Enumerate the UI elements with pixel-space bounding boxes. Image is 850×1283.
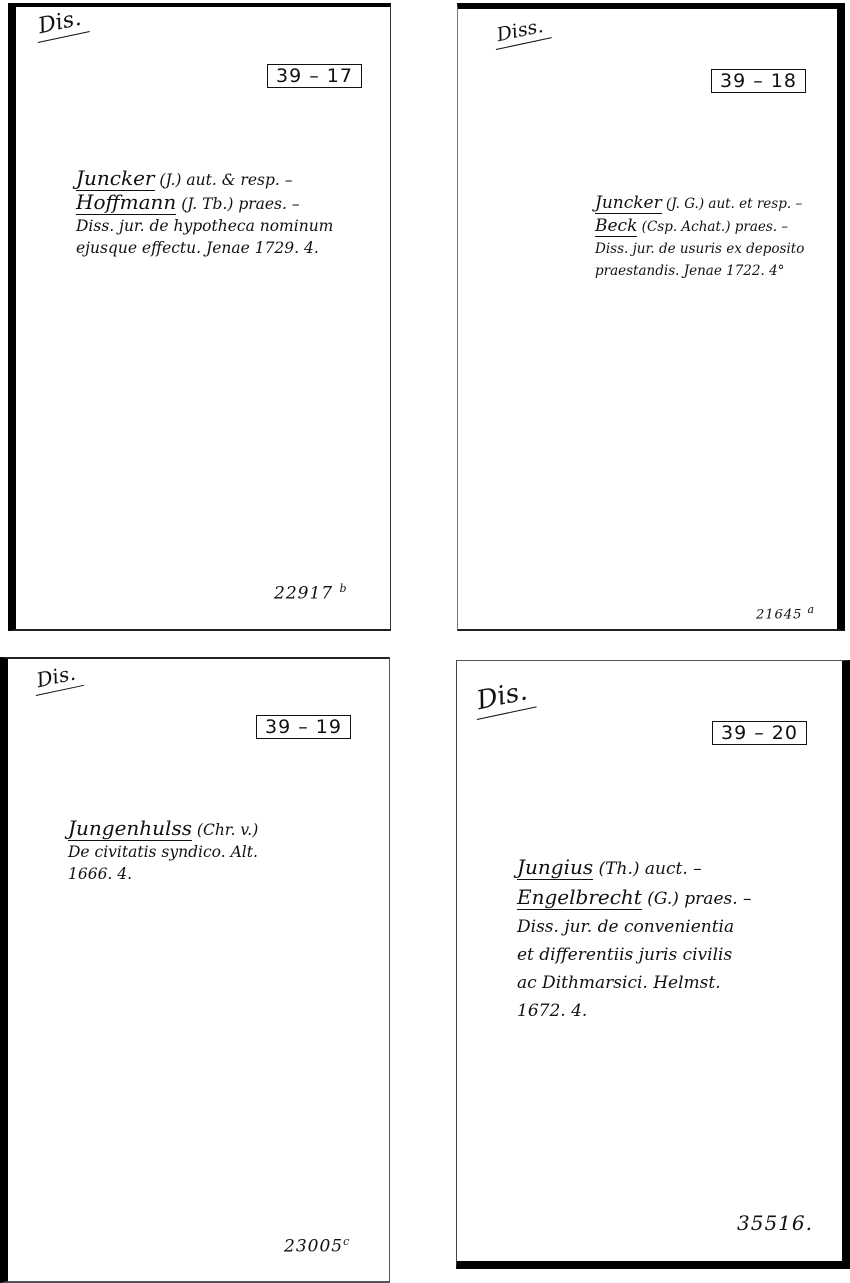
accession-suffix: c (343, 1235, 350, 1248)
bibliographic-entry: Juncker (J. G.) aut. et resp. – Beck (Cs… (595, 192, 804, 282)
author-role: (J. G.) aut. et resp. – (662, 196, 802, 212)
praeses-name: Beck (595, 216, 637, 237)
accession-value: 35516. (737, 1211, 813, 1235)
author-name: Jungius (517, 855, 593, 880)
bibliographic-entry: Juncker (J.) aut. & resp. – Hoffmann (J.… (76, 167, 333, 259)
catalog-card-39-18: Diss. 39 – 18 Juncker (J. G.) aut. et re… (457, 3, 845, 631)
imprint-line: 1666. 4. (68, 863, 258, 885)
author-name: Juncker (595, 193, 662, 214)
title-line: et differentiis juris civilis (517, 941, 752, 969)
author-name: Juncker (76, 166, 155, 191)
praeses-role: (G.) praes. – (642, 889, 752, 909)
accession-number: 35516. (737, 1211, 813, 1235)
imprint-line: ejusque effectu. Jenae 1729. 4. (76, 237, 333, 259)
title-line: Diss. jur. de convenientia (517, 913, 752, 941)
praeses-role: (Csp. Achat.) praes. – (637, 219, 788, 235)
author-role: (Th.) auct. – (593, 859, 702, 879)
catalog-card-39-19: Dis. 39 – 19 Jungenhulss (Chr. v.) De ci… (0, 657, 390, 1283)
call-number: 39 – 17 (267, 64, 362, 88)
call-number: 39 – 20 (712, 721, 807, 745)
imprint-line: 1672. 4. (517, 997, 752, 1025)
author-role: (J.) aut. & resp. – (155, 171, 293, 189)
accession-number: 23005c (284, 1235, 350, 1257)
praeses-role: (J. Tb.) praes. – (176, 195, 299, 213)
title-line: Diss. jur. de usuris ex deposito (595, 238, 804, 260)
accession-number: 22917 b (274, 582, 348, 604)
title-line: De civitatis syndico. Alt. (68, 841, 258, 863)
title-line: Diss. jur. de hypotheca nominum (76, 215, 333, 237)
accession-value: 21645 (756, 607, 802, 622)
format-abbreviation: Dis. (32, 5, 90, 43)
format-abbreviation: Dis. (30, 659, 84, 696)
author-role: (Chr. v.) (192, 821, 258, 839)
bibliographic-entry: Jungenhulss (Chr. v.) De civitatis syndi… (68, 817, 258, 885)
call-number: 39 – 19 (256, 715, 351, 739)
accession-value: 22917 (274, 584, 333, 604)
catalog-card-39-17: Dis. 39 – 17 Juncker (J.) aut. & resp. –… (8, 3, 391, 631)
praeses-name: Hoffmann (76, 190, 176, 215)
catalog-card-39-20: Dis. 39 – 20 Jungius (Th.) auct. – Engel… (456, 660, 850, 1269)
format-abbreviation: Dis. (470, 675, 536, 720)
call-number: 39 – 18 (711, 69, 806, 93)
imprint-line: praestandis. Jenae 1722. 4° (595, 260, 804, 282)
author-name: Jungenhulss (68, 816, 192, 841)
bibliographic-entry: Jungius (Th.) auct. – Engelbrecht (G.) p… (517, 853, 752, 1025)
accession-suffix: b (340, 582, 348, 595)
praeses-name: Engelbrecht (517, 885, 642, 910)
accession-value: 23005 (284, 1237, 343, 1257)
accession-number: 21645 a (756, 603, 815, 622)
accession-suffix: a (808, 603, 816, 616)
format-abbreviation: Diss. (491, 14, 552, 50)
title-line: ac Dithmarsici. Helmst. (517, 969, 752, 997)
